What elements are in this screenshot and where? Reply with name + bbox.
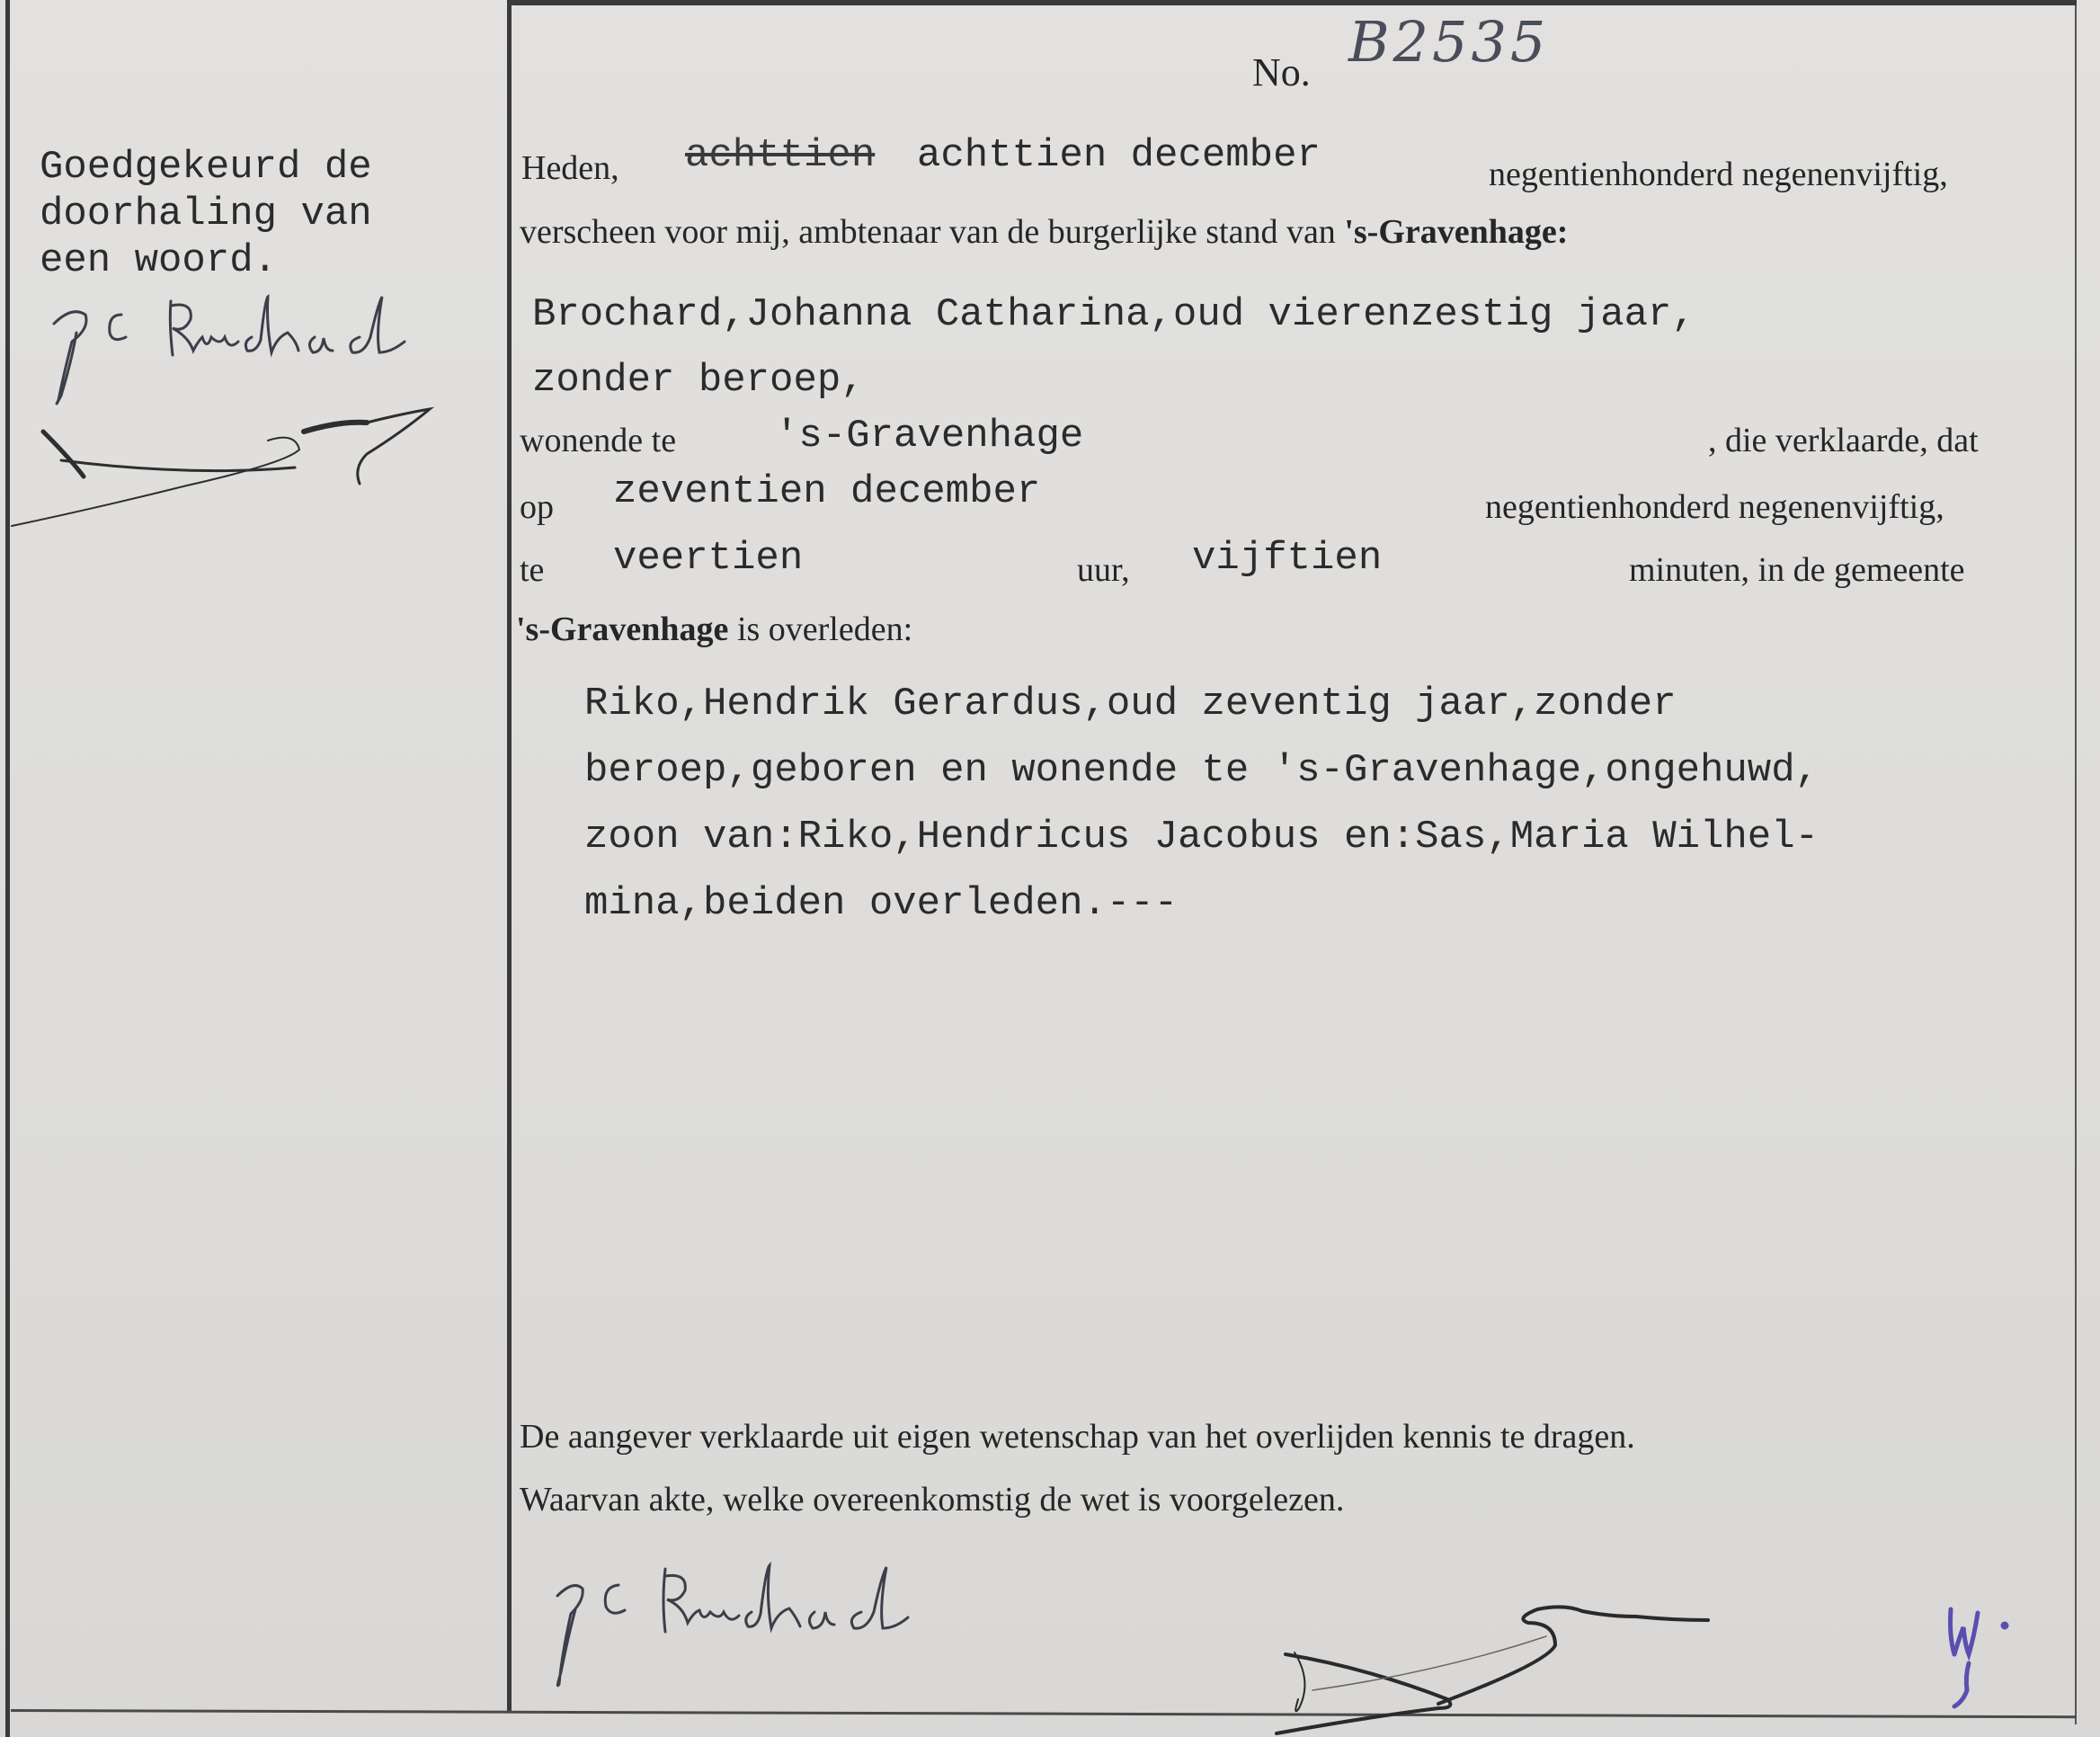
margin-note-line: Goedgekeurd de (40, 145, 372, 190)
declarant-signature-brochard (539, 1560, 989, 1695)
death-date-value: zeventien december (613, 469, 1040, 514)
top-border-line (512, 0, 2077, 5)
heden-label: Heden, (521, 148, 619, 188)
residence-value: 's-Gravenhage (775, 414, 1083, 459)
minute-label: minuten, in de gemeente (1629, 550, 1965, 590)
appearance-text-main: verscheen voor mij, ambtenaar van de bur… (520, 213, 1336, 251)
document-page: No. B2535 Goedgekeurd de doorhaling van … (0, 0, 2100, 1737)
residence-suffix: , die verklaarde, dat (1708, 421, 1979, 460)
official-signature (1259, 1582, 1816, 1735)
deceased-line: zoon van:Riko,Hendricus Jacobus en:Sas,M… (584, 815, 1819, 860)
right-border-line (2075, 0, 2077, 1724)
municipality-name: 's-Gravenhage: (1344, 213, 1568, 251)
struck-word: achttien (685, 133, 875, 178)
margin-note: Goedgekeurd de doorhaling van een woord. (40, 144, 372, 284)
deceased-line: Riko,Hendrik Gerardus,oud zeventig jaar,… (584, 681, 1677, 726)
death-hour-value: veertien (613, 536, 803, 581)
closing-statement-1: De aangever verklaarde uit eigen wetensc… (520, 1417, 1635, 1456)
record-number-value: B2535 (1348, 9, 1549, 75)
deceased-line: beroep,geboren en wonende te 's-Gravenha… (584, 748, 1819, 793)
margin-note-line: een woord. (40, 238, 277, 283)
death-place-municipality: 's-Gravenhage (516, 610, 728, 648)
deceased-details: Riko,Hendrik Gerardus,oud zeventig jaar,… (584, 671, 1819, 937)
death-minute-value: vijftien (1192, 536, 1382, 581)
appearance-text: verscheen voor mij, ambtenaar van de bur… (520, 212, 1568, 252)
death-year-text: negentienhonderd negenenvijftig, (1485, 487, 1944, 527)
deceased-line: mina,beiden overleden.--- (584, 881, 1178, 926)
death-place-suffix: is overleden: (737, 610, 912, 648)
blue-initials-mark (1942, 1600, 2023, 1708)
hour-label: uur, (1077, 550, 1130, 590)
margin-note-line: doorhaling van (40, 192, 372, 236)
margin-divider-line (507, 0, 512, 1713)
declarant-line-1: Brochard,Johanna Catharina,oud vierenzes… (532, 292, 1695, 337)
record-number-label: No. (1252, 49, 1311, 95)
death-place-text: 's-Gravenhage is overleden: (516, 610, 912, 649)
residence-label: wonende te (520, 421, 676, 460)
record-date-typed: achttien december (917, 133, 1321, 178)
declarant-line-2: zonder beroep, (532, 358, 865, 403)
record-year-text: negentienhonderd negenenvijftig, (1489, 155, 1948, 194)
left-border-line (5, 0, 10, 1737)
margin-paraph-signature (7, 378, 475, 530)
closing-statement-2: Waarvan akte, welke overeenkomstig de we… (520, 1480, 1344, 1519)
death-date-label: op (520, 487, 554, 527)
death-time-te-label: te (520, 550, 544, 590)
